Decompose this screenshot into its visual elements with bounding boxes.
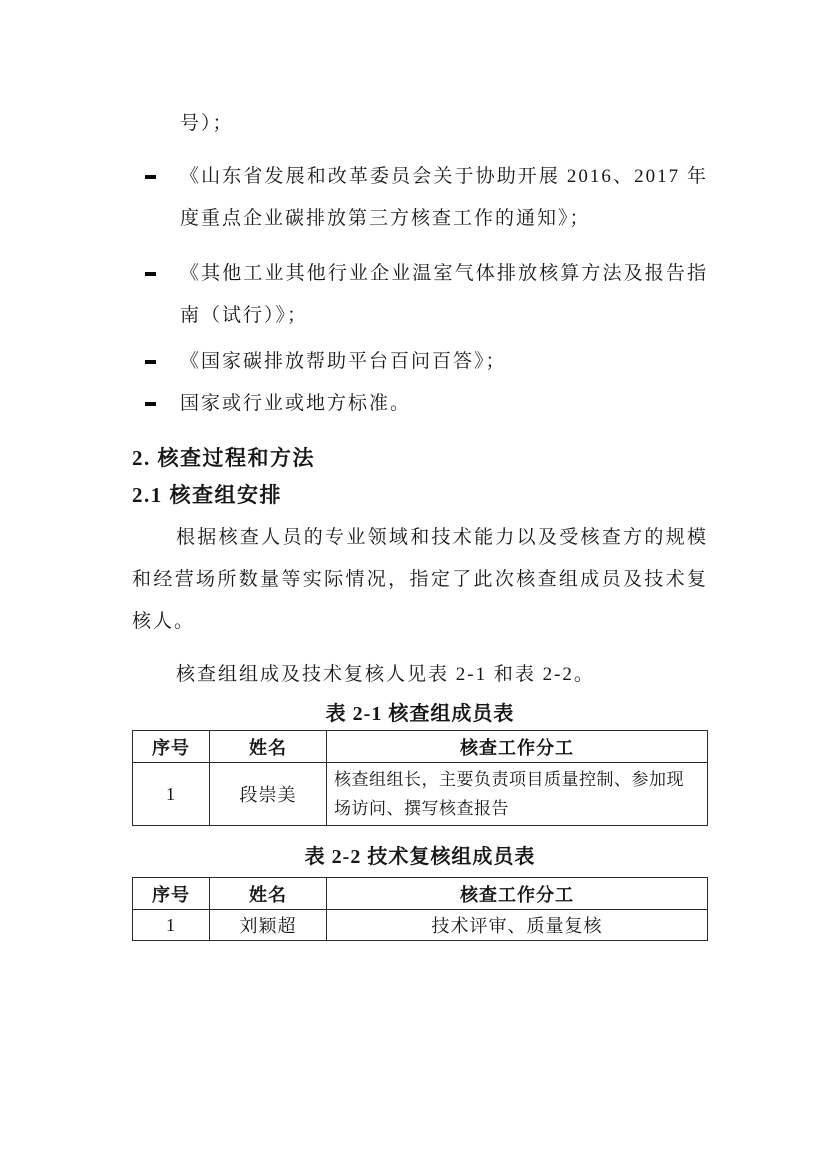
dash-bullet-icon (145, 402, 156, 406)
verification-team-table: 序号 姓名 核查工作分工 1 段崇美 核查组组长，主要负责项目质量控制、参加现场… (132, 730, 708, 826)
table-row: 1 段崇美 核查组组长，主要负责项目质量控制、参加现场访问、撰写核查报告 (133, 763, 708, 826)
cell-name: 刘颖超 (210, 910, 327, 941)
header-cell-index: 序号 (133, 731, 210, 763)
page-content: 号）； 《山东省发展和改革委员会关于协助开展 2016、2017 年度重点企业碳… (132, 0, 708, 941)
reference-item-text: 国家或行业或地方标准。 (180, 393, 411, 414)
table-header-row: 序号 姓名 核查工作分工 (133, 878, 708, 910)
table-caption-2-1: 表 2-1 核查组成员表 (132, 701, 708, 727)
reference-item-text: 《其他工业其他行业企业温室气体排放核算方法及报告指南（试行）》； (180, 263, 708, 326)
reference-item: 国家或行业或地方标准。 (132, 383, 708, 425)
table-row: 1 刘颖超 技术评审、质量复核 (133, 910, 708, 941)
reference-list: 《山东省发展和改革委员会关于协助开展 2016、2017 年度重点企业碳排放第三… (132, 156, 708, 425)
list-item-continuation: 号）； (132, 103, 708, 145)
table-header-row: 序号 姓名 核查工作分工 (133, 731, 708, 763)
reference-item: 《山东省发展和改革委员会关于协助开展 2016、2017 年度重点企业碳排放第三… (132, 156, 708, 240)
header-cell-name: 姓名 (210, 731, 327, 763)
cell-duty: 技术评审、质量复核 (327, 910, 708, 941)
reference-item-text: 《山东省发展和改革委员会关于协助开展 2016、2017 年度重点企业碳排放第三… (180, 166, 708, 229)
reference-item-text: 《国家碳排放帮助平台百问百答》； (180, 351, 507, 372)
body-paragraph: 根据核查人员的专业领域和技术能力以及受核查方的规模和经营场所数量等实际情况，指定… (132, 517, 708, 643)
reference-item: 《其他工业其他行业企业温室气体排放核算方法及报告指南（试行）》； (132, 253, 708, 337)
cell-index: 1 (133, 763, 210, 826)
cell-duty: 核查组组长，主要负责项目质量控制、参加现场访问、撰写核查报告 (327, 763, 708, 826)
technical-review-team-table: 序号 姓名 核查工作分工 1 刘颖超 技术评审、质量复核 (132, 877, 708, 941)
body-paragraph: 核查组组成及技术复核人见表 2-1 和表 2-2。 (132, 654, 708, 696)
header-cell-name: 姓名 (210, 878, 327, 910)
table-caption-2-2: 表 2-2 技术复核组成员表 (132, 844, 708, 870)
header-cell-duty: 核查工作分工 (327, 878, 708, 910)
subsection-heading: 2.1 核查组安排 (132, 480, 708, 510)
cell-name: 段崇美 (210, 763, 327, 826)
header-cell-duty: 核查工作分工 (327, 731, 708, 763)
section-heading: 2. 核查过程和方法 (132, 443, 708, 473)
dash-bullet-icon (145, 272, 156, 276)
reference-item: 《国家碳排放帮助平台百问百答》； (132, 341, 708, 383)
header-cell-index: 序号 (133, 878, 210, 910)
dash-bullet-icon (145, 360, 156, 364)
dash-bullet-icon (145, 175, 156, 179)
cell-index: 1 (133, 910, 210, 941)
document-page: 号）； 《山东省发展和改革委员会关于协助开展 2016、2017 年度重点企业碳… (0, 0, 827, 1169)
